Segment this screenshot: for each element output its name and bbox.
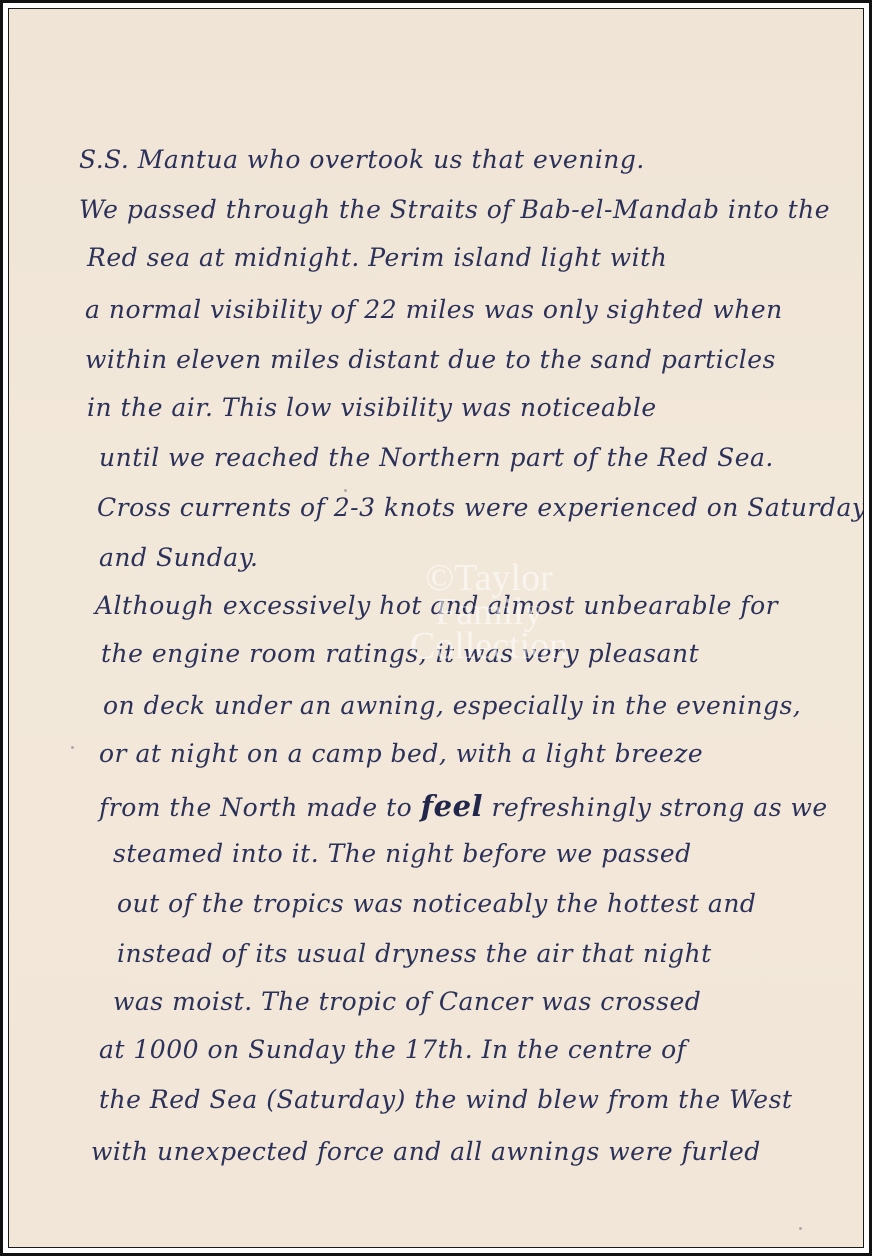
journal-page: S.S. Mantua who overtook us that evening… (9, 9, 863, 1247)
text-line-1: S.S. Mantua who overtook us that evening… (79, 145, 645, 174)
text-line-16: out of the tropics was noticeably the ho… (117, 889, 756, 918)
text-line-21: with unexpected force and all awnings we… (91, 1137, 761, 1166)
text-line-14-start: from the North made to (99, 793, 421, 822)
text-line-15: steamed into it. The night before we pas… (113, 839, 692, 868)
page-frame-outer-border: S.S. Mantua who overtook us that evening… (0, 0, 872, 1256)
text-line-17: instead of its usual dryness the air tha… (117, 939, 712, 968)
text-line-8: Cross currents of 2-3 knots were experie… (97, 493, 864, 522)
page-frame-inner-border: S.S. Mantua who overtook us that evening… (8, 8, 864, 1248)
paper-speck (344, 489, 347, 492)
text-line-7: until we reached the Northern part of th… (99, 443, 774, 472)
text-line-14-bold-word: feel (421, 789, 483, 823)
text-line-3: Red sea at midnight. Perim island light … (87, 243, 667, 272)
text-line-14: from the North made to feel refreshingly… (99, 789, 828, 823)
text-line-6: in the air. This low visibility was noti… (87, 393, 657, 422)
text-line-5: within eleven miles distant due to the s… (85, 345, 776, 374)
text-line-10: Although excessively hot and almost unbe… (95, 591, 778, 620)
text-line-9: and Sunday. (99, 543, 258, 572)
text-line-4: a normal visibility of 22 miles was only… (85, 295, 783, 324)
text-line-18: was moist. The tropic of Cancer was cros… (113, 987, 701, 1016)
text-line-19: at 1000 on Sunday the 17th. In the centr… (99, 1035, 686, 1064)
text-line-11: the engine room ratings, it was very ple… (101, 639, 699, 668)
text-line-14-end: refreshingly strong as we (483, 793, 828, 822)
text-line-20: the Red Sea (Saturday) the wind blew fro… (99, 1085, 792, 1114)
text-line-12: on deck under an awning, especially in t… (103, 691, 801, 720)
text-line-2: We passed through the Straits of Bab-el-… (79, 195, 830, 224)
paper-speck (799, 1227, 802, 1230)
watermark-line-1: ©Taylor (339, 561, 639, 595)
paper-speck (71, 746, 74, 749)
text-line-13: or at night on a camp bed, with a light … (99, 739, 703, 768)
